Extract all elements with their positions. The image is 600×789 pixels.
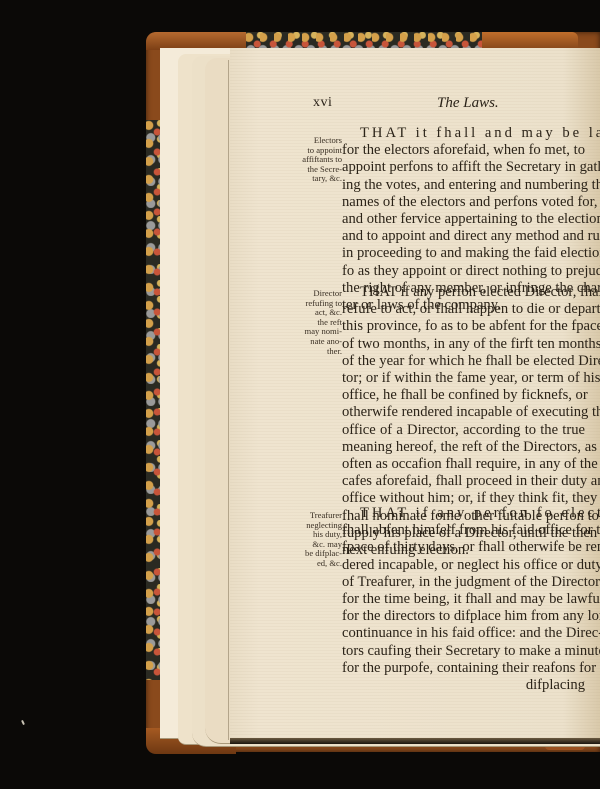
margin-note-treasurer: Treafurer neglecting his duty, &c. may b… [296,511,342,569]
text-line: THAT if any perfon fo elected Treafurer, [342,505,585,522]
text-line: tor; or if within the fame year, or term… [342,370,585,387]
text-line: refufe to act, or fhall happen to die or… [342,301,585,318]
page-number: xvi [313,95,332,111]
text-line: for the directors to difplace him from a… [342,608,585,625]
margin-note-line: tary, &c. [296,174,342,184]
text-line: THAT it fhall and may be lawful to and [342,125,585,142]
margin-note-electors: Electors to appoint affiftants to the Se… [296,136,342,184]
dust-speck [21,720,25,725]
leather-spine-edge [482,32,578,48]
text-line: often as occafion fhall require, in any … [342,456,585,473]
margin-note-line: ed, &c. [296,559,342,569]
text-line: of the year for which he fhall be electe… [342,353,585,370]
text-line: tors caufing their Secretary to make a m… [342,643,585,660]
text-line: and other fervice appertaining to the el… [342,211,585,228]
text-line: dered incapable, or neglect his office o… [342,557,585,574]
text-line: cafes aforefaid, fhall proceed in their … [342,473,585,490]
text-line: this province, fo as to be abfent for th… [342,318,585,335]
page-fold-line [228,60,229,740]
text-line: for the purpofe, containing their reafon… [342,660,585,677]
running-title: The Laws. [437,95,499,112]
text-line: office of a Director, according to the t… [342,422,585,439]
text-line: meaning hereof, the reft of the Director… [342,439,585,456]
page-deckle-edge [230,738,600,744]
text-line: of two months, in any of the firft ten m… [342,336,585,353]
text-line: continuance in his faid office: and the … [342,625,585,642]
text-line: fpace of thirty days, or fhall otherwife… [342,539,585,556]
text-line: appoint perfons to affift the Secretary … [342,159,585,176]
paragraph-treasurer: THAT if any perfon fo elected Treafurer,… [342,505,585,694]
margin-note-line: ther. [296,347,342,357]
text-line: fhall abfent himfelf from his faid offic… [342,522,585,539]
running-head: xvi The Laws. [313,95,583,115]
text-line: THAT if any perfon elected Director, fha… [342,284,585,301]
margin-note-director: Director refufing to act, &c. the reft m… [296,289,342,356]
text-line: office, he fhall be confined by ficknefs… [342,387,585,404]
text-line: names of the electors and perfons voted … [342,194,585,211]
marbled-board-left [146,120,160,680]
text-line: in proceeding to and making the faid ele… [342,245,585,262]
text-line: and to appoint and direct any method and… [342,228,585,245]
text-line: otherwife rendered incapable of executin… [342,404,585,421]
text-line: of Treafurer, in the judgment of the Dir… [342,574,585,591]
text-line: fo as they appoint or direct nothing to … [342,263,585,280]
text-line: for the electors aforefaid, when fo met,… [342,142,585,159]
text-line: ing the votes, and entering and numberin… [342,177,585,194]
text-line: for the time being, it fhall and may be … [342,591,585,608]
catchword: difplacing [342,677,585,694]
